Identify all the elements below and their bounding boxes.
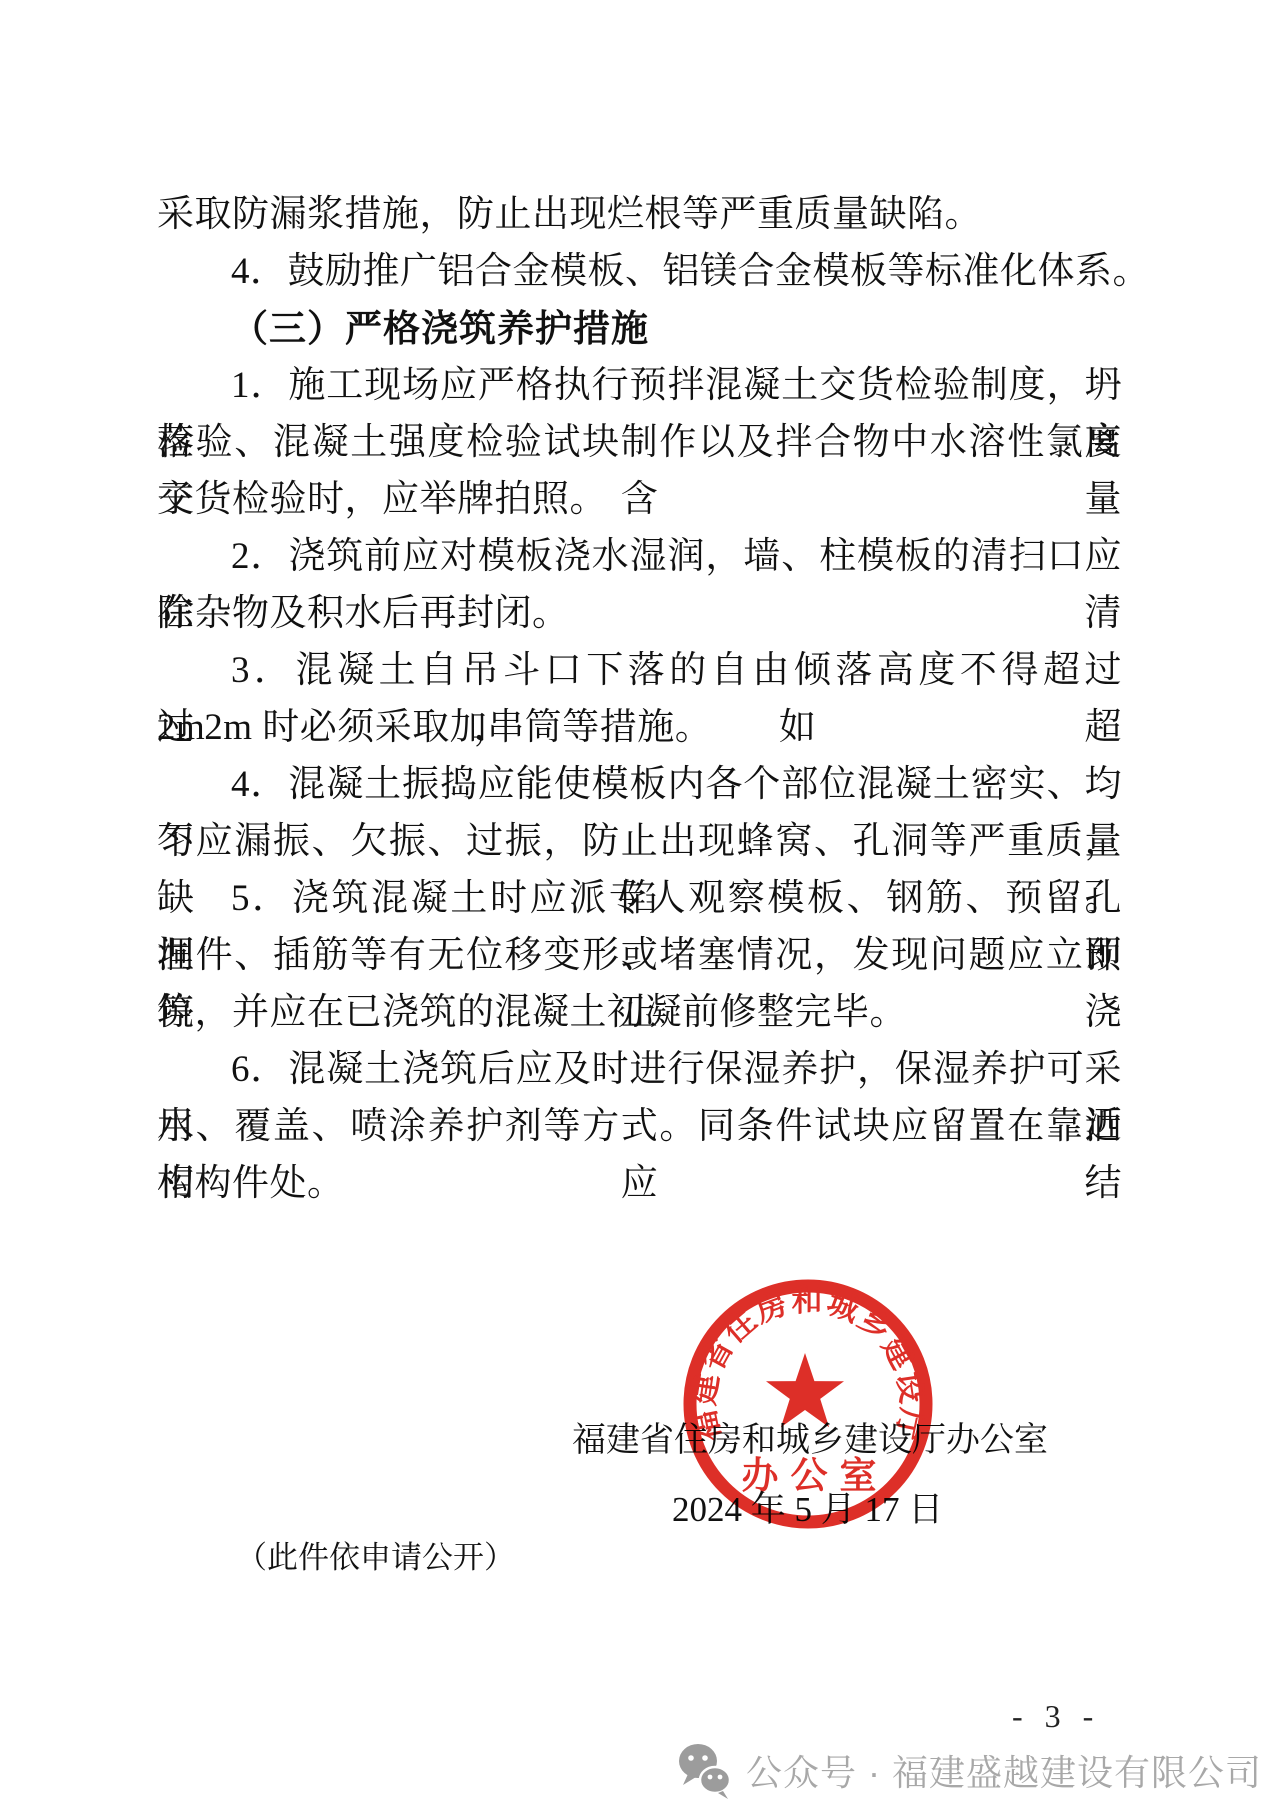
body-line: 2．浇筑前应对模板浇水湿润，墙、柱模板的清扫口应在清: [157, 528, 1122, 585]
page-number: - 3 -: [1012, 1698, 1100, 1735]
body-text: 采取防漏浆措施，防止出现烂根等严重质量缺陷。 4．鼓励推广铝合金模板、铝镁合金模…: [157, 186, 1122, 1212]
body-line: 采取防漏浆措施，防止出现烂根等严重质量缺陷。: [157, 186, 1122, 243]
body-line: 3．混凝土自吊斗口下落的自由倾落高度不得超过 2m，如超: [157, 642, 1122, 699]
section-heading: （三）严格浇筑养护措施: [157, 300, 1122, 357]
body-line: 检验、混凝土强度检验试块制作以及拌合物中水溶性氯离子含量: [157, 414, 1122, 471]
disclosure-note: （此件依申请公开）: [236, 1540, 515, 1576]
body-line: 水、覆盖、喷涂养护剂等方式。同条件试块应留置在靠近相应结: [157, 1098, 1122, 1155]
body-line: 5．浇筑混凝土时应派专人观察模板、钢筋、预留孔洞、预: [157, 870, 1122, 927]
document-page: 采取防漏浆措施，防止出现烂根等严重质量缺陷。 4．鼓励推广铝合金模板、铝镁合金模…: [0, 0, 1280, 1810]
wechat-icon: [678, 1742, 732, 1799]
body-line: 4．混凝土振捣应能使模板内各个部位混凝土密实、均匀，: [157, 756, 1122, 813]
watermark: 公众号 · 福建盛越建设有限公司: [678, 1742, 1262, 1799]
seal-office-text: 办公室: [742, 1455, 889, 1497]
watermark-text: 公众号 · 福建盛越建设有限公司: [746, 1745, 1262, 1796]
official-seal: 福建省住房和城乡建设厅 办公室: [679, 1275, 937, 1533]
body-line: 不应漏振、欠振、过振，防止出现蜂窝、孔洞等严重质量缺陷。: [157, 813, 1122, 870]
body-line: 埋件、插筋等有无位移变形或堵塞情况，发现问题应立即停止浇: [157, 927, 1122, 984]
body-line: 6．混凝土浇筑后应及时进行保湿养护，保湿养护可采用洒: [157, 1041, 1122, 1098]
star-icon: [766, 1353, 844, 1427]
body-line: 1．施工现场应严格执行预拌混凝土交货检验制度，坍落度: [157, 357, 1122, 414]
body-line: 4．鼓励推广铝合金模板、铝镁合金模板等标准化体系。: [157, 243, 1122, 300]
